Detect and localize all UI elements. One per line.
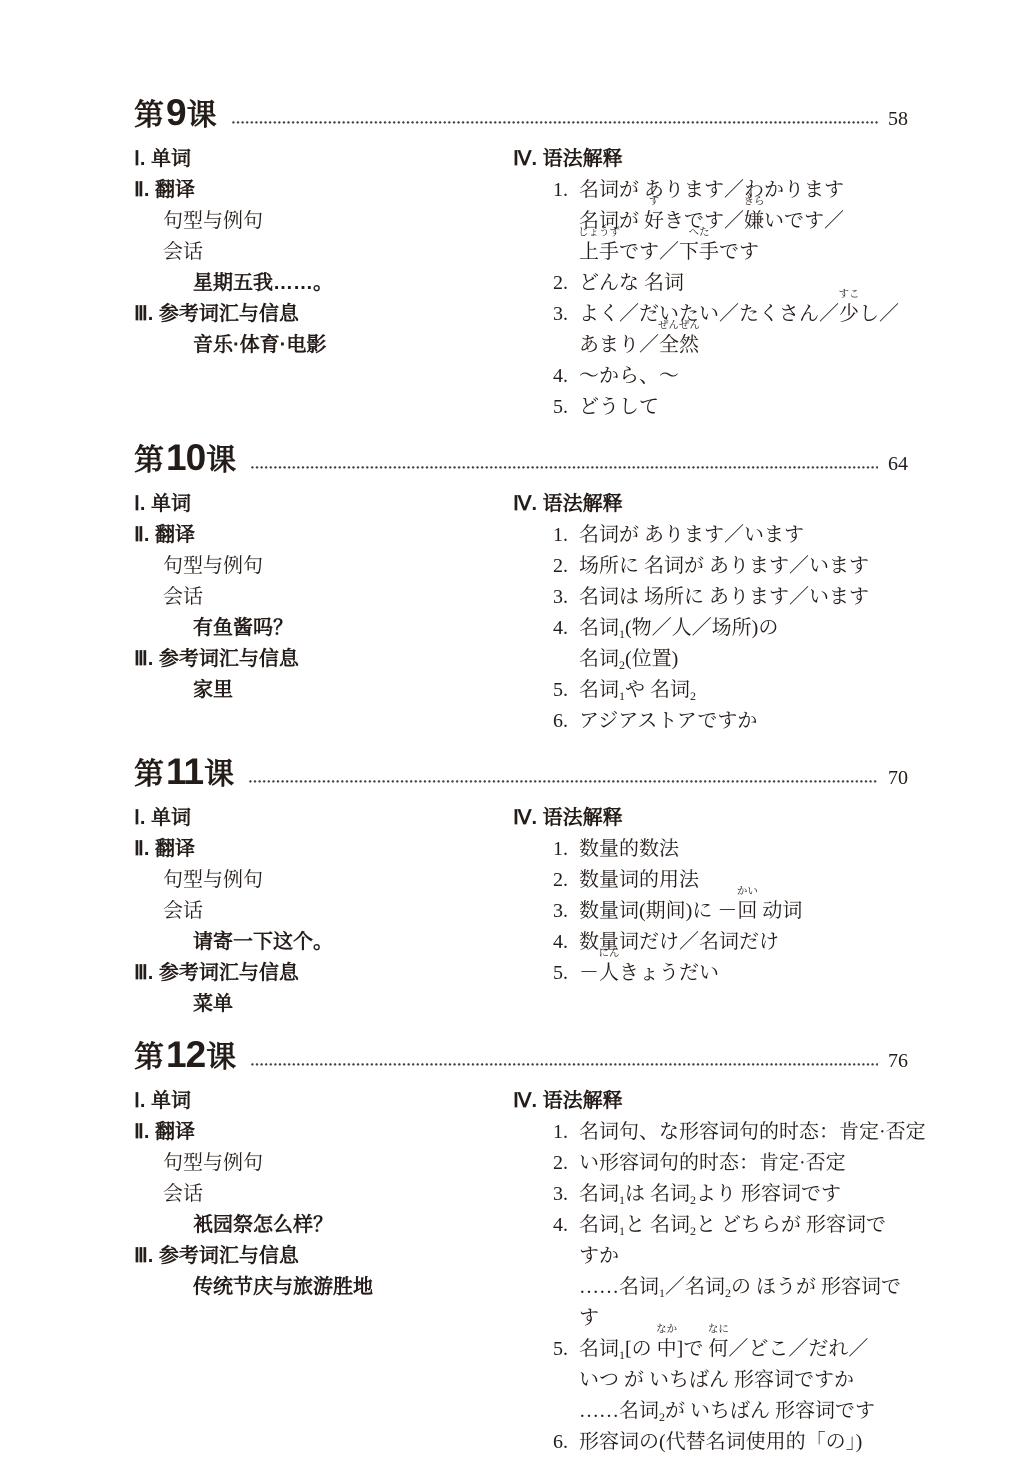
grammar-line: 名词1と 名词2と どちらが 形容词で	[579, 1210, 901, 1241]
lesson-header: 第11课 70	[134, 755, 908, 792]
ruby-base: 回かい	[737, 896, 757, 927]
grammar-column: Ⅳ. 语法解释 1.名词句、な形容词句的时态：肯定·否定2.い形容词句的时态：肯…	[513, 1086, 908, 1457]
outline-item: Ⅰ. 单词	[134, 1086, 513, 1117]
grammar-line: 名词2(位置)	[579, 644, 778, 675]
grammar-item-number: 3.	[553, 582, 579, 613]
lesson-title-suffix: 课	[204, 758, 235, 791]
grammar-line: －人にんきょうだい	[579, 958, 719, 989]
dotted-leader	[232, 121, 878, 124]
outline-item: 星期五我……。	[134, 268, 513, 299]
grammar-item-text: 名词1は 名词2より 形容词です	[579, 1179, 841, 1210]
grammar-item-text: どんな 名词	[579, 268, 684, 299]
outline-item: Ⅱ. 翻译	[134, 834, 513, 865]
grammar-items: 1.名词句、な形容词句的时态：肯定·否定2.い形容词句的时态：肯定·否定3.名词…	[513, 1117, 908, 1457]
grammar-item-text: アジアストアですか	[579, 706, 757, 737]
grammar-item-text: ～から、～	[579, 361, 679, 392]
grammar-line: ……名词1／名词2の ほうが 形容词で	[579, 1272, 901, 1303]
grammar-item-number: 4.	[553, 927, 579, 958]
lesson-section: 第12课 76 Ⅰ. 单词Ⅱ. 翻译句型与例句会话衹园祭怎么样？Ⅲ. 参考词汇与…	[134, 1038, 908, 1457]
grammar-item-text: 名词1と 名词2と どちらが 形容词ですか……名词1／名词2の ほうが 形容词で…	[579, 1210, 901, 1334]
dotted-leader	[249, 780, 878, 783]
furigana: なに	[708, 1325, 729, 1335]
grammar-item: 4.名词1と 名词2と どちらが 形容词ですか……名词1／名词2の ほうが 形容…	[513, 1210, 908, 1334]
grammar-item-text: 名词が あります／わかります名词が 好すきです／嫌きらいです／上手じょうずです／…	[579, 175, 844, 268]
grammar-item-number: 1.	[553, 175, 579, 206]
lesson-title-suffix: 课	[206, 444, 237, 477]
grammar-items: 1.名词が あります／います2.场所に 名词が あります／います3.名词は 场所…	[513, 520, 908, 737]
furigana: かい	[737, 887, 758, 897]
grammar-item: 6.アジアストアですか	[513, 706, 908, 737]
grammar-item-number: 3.	[553, 299, 579, 330]
grammar-line: す	[579, 1303, 901, 1334]
grammar-items: 1.名词が あります／わかります名词が 好すきです／嫌きらいです／上手じょうずで…	[513, 175, 908, 423]
grammar-line: ……名词2が いちばん 形容词です	[579, 1396, 875, 1427]
grammar-line: 名词が あります／います	[579, 520, 804, 551]
grammar-item: 4.～から、～	[513, 361, 908, 392]
grammar-item-number: 1.	[553, 520, 579, 551]
grammar-item-number: 4.	[553, 361, 579, 392]
lesson-page-number: 76	[888, 1049, 908, 1073]
grammar-item-number: 2.	[553, 1148, 579, 1179]
subscript: 2	[619, 658, 625, 672]
grammar-item-text: 名词は 场所に あります／います	[579, 582, 869, 613]
outline-item: 有鱼酱吗？	[134, 613, 513, 644]
outline-item: Ⅰ. 单词	[134, 803, 513, 834]
subscript: 2	[690, 689, 696, 703]
subscript: 2	[725, 1286, 731, 1300]
outline-item: 菜单	[134, 989, 513, 1020]
lesson-page-number: 58	[888, 107, 908, 131]
subscript: 1	[619, 1224, 625, 1238]
lesson-body: Ⅰ. 单词Ⅱ. 翻译句型与例句会话星期五我……。Ⅲ. 参考词汇与信息音乐·体育·…	[134, 144, 908, 423]
dotted-leader	[251, 466, 878, 469]
grammar-item-number: 5.	[553, 958, 579, 989]
lesson-title: 第9课	[134, 96, 218, 133]
grammar-item: 3.名词1は 名词2より 形容词です	[513, 1179, 908, 1210]
lesson-number: 12	[165, 1034, 206, 1075]
subscript: 2	[690, 1224, 696, 1238]
grammar-line: 上手じょうずです／下手へたです	[579, 237, 844, 268]
grammar-line: 场所に 名词が あります／います	[579, 551, 869, 582]
outline-item: Ⅰ. 单词	[134, 489, 513, 520]
furigana: ぜんぜん	[658, 321, 700, 331]
grammar-line: 名词が あります／わかります	[579, 175, 844, 206]
grammar-item-number: 2.	[553, 268, 579, 299]
lesson-title-prefix: 第	[134, 758, 165, 791]
ruby-base: 何なに	[708, 1334, 728, 1365]
grammar-line: よく／だいたい／たくさん／少すこし／	[579, 299, 899, 330]
grammar-item-number: 6.	[553, 1427, 579, 1457]
grammar-line: アジアストアですか	[579, 706, 757, 737]
subscript: 1	[619, 689, 625, 703]
grammar-item-text: －人にんきょうだい	[579, 958, 719, 989]
grammar-item-text: 名词1[の 中なか]で 何なに／どこ／だれ／いつ が いちばん 形容词ですか………	[579, 1334, 875, 1427]
outline-item: 请寄一下这个。	[134, 927, 513, 958]
grammar-item: 3.名词は 场所に あります／います	[513, 582, 908, 613]
grammar-line: 形容词の(代替名词使用的「の」)	[579, 1427, 862, 1457]
grammar-item: 5.名词1[の 中なか]で 何なに／どこ／だれ／いつ が いちばん 形容词ですか…	[513, 1334, 908, 1427]
ruby-base: 少すこ	[839, 299, 859, 330]
furigana: すこ	[839, 290, 860, 300]
grammar-heading: Ⅳ. 语法解释	[513, 1086, 908, 1117]
outline-column: Ⅰ. 单词Ⅱ. 翻译句型与例句会话星期五我……。Ⅲ. 参考词汇与信息音乐·体育·…	[134, 144, 513, 423]
lesson-number: 10	[165, 437, 206, 478]
lesson-title-suffix: 课	[187, 99, 218, 132]
outline-item: 句型与例句	[134, 551, 513, 582]
grammar-line: 名词1や 名词2	[579, 675, 696, 706]
ruby-base: 嫌きら	[744, 206, 764, 237]
grammar-item-text: 名词1や 名词2	[579, 675, 696, 706]
grammar-item-text: 数量的数法	[579, 834, 679, 865]
outline-column: Ⅰ. 单词Ⅱ. 翻译句型与例句会话衹园祭怎么样？Ⅲ. 参考词汇与信息传统节庆与旅…	[134, 1086, 513, 1457]
ruby-base: 全然ぜんぜん	[659, 330, 699, 361]
grammar-line: すか	[579, 1241, 901, 1272]
lesson-title: 第11课	[134, 755, 235, 792]
outline-item: 句型与例句	[134, 865, 513, 896]
lesson-header: 第9课 58	[134, 96, 908, 133]
lesson-number: 11	[165, 751, 204, 792]
grammar-item-text: 名词が あります／います	[579, 520, 804, 551]
furigana: じょうず	[578, 228, 620, 238]
grammar-heading: Ⅳ. 语法解释	[513, 803, 908, 834]
furigana: にん	[599, 949, 620, 959]
subscript: 2	[690, 1193, 696, 1207]
outline-item: Ⅱ. 翻译	[134, 520, 513, 551]
ruby-base: 好す	[644, 206, 664, 237]
grammar-item: 1.数量的数法	[513, 834, 908, 865]
grammar-item: 2.数量词的用法	[513, 865, 908, 896]
lesson-header: 第12课 76	[134, 1038, 908, 1075]
grammar-item-text: い形容词句的时态：肯定·否定	[579, 1148, 846, 1179]
grammar-line: 名词は 场所に あります／います	[579, 582, 869, 613]
outline-column: Ⅰ. 单词Ⅱ. 翻译句型与例句会话请寄一下这个。Ⅲ. 参考词汇与信息菜单	[134, 803, 513, 1020]
grammar-line: 名词1(物／人／场所)の	[579, 613, 778, 644]
grammar-line: ～から、～	[579, 361, 679, 392]
lesson-body: Ⅰ. 单词Ⅱ. 翻译句型与例句会话有鱼酱吗？Ⅲ. 参考词汇与信息家里 Ⅳ. 语法…	[134, 489, 908, 737]
furigana: なか	[656, 1325, 677, 1335]
lesson-title-prefix: 第	[134, 444, 165, 477]
grammar-heading: Ⅳ. 语法解释	[513, 144, 908, 175]
dotted-leader	[251, 1063, 878, 1066]
lesson-body: Ⅰ. 单词Ⅱ. 翻译句型与例句会话请寄一下这个。Ⅲ. 参考词汇与信息菜单 Ⅳ. …	[134, 803, 908, 1020]
grammar-item: 1.名词が あります／わかります名词が 好すきです／嫌きらいです／上手じょうずで…	[513, 175, 908, 268]
lesson-title-prefix: 第	[134, 99, 165, 132]
lesson-title: 第10课	[134, 441, 237, 478]
grammar-line: いつ が いちばん 形容词ですか	[579, 1365, 875, 1396]
grammar-item: 4.数量词だけ／名词だけ	[513, 927, 908, 958]
outline-item: 家里	[134, 675, 513, 706]
subscript: 1	[619, 627, 625, 641]
grammar-item: 6.形容词の(代替名词使用的「の」)	[513, 1427, 908, 1457]
grammar-line: 数量词(期间)に －回かい 动词	[579, 896, 802, 927]
lesson-header: 第10课 64	[134, 441, 908, 478]
grammar-item: 5.どうして	[513, 392, 908, 423]
lesson-title-prefix: 第	[134, 1041, 165, 1074]
grammar-item: 1.名词が あります／います	[513, 520, 908, 551]
toc-page: 第9课 58 Ⅰ. 单词Ⅱ. 翻译句型与例句会话星期五我……。Ⅲ. 参考词汇与信…	[0, 0, 1032, 1457]
lesson-number: 9	[165, 92, 187, 133]
outline-item: 会话	[134, 582, 513, 613]
ruby-base: 人にん	[599, 958, 619, 989]
grammar-line: あまり／全然ぜんぜん	[579, 330, 899, 361]
furigana: へた	[689, 228, 710, 238]
grammar-item-number: 4.	[553, 1210, 579, 1241]
grammar-item-text: 场所に 名词が あります／います	[579, 551, 869, 582]
subscript: 1	[619, 1193, 625, 1207]
grammar-item-number: 3.	[553, 1179, 579, 1210]
lesson-section: 第11课 70 Ⅰ. 单词Ⅱ. 翻译句型与例句会话请寄一下这个。Ⅲ. 参考词汇与…	[134, 755, 908, 1020]
lesson-body: Ⅰ. 单词Ⅱ. 翻译句型与例句会话衹园祭怎么样？Ⅲ. 参考词汇与信息传统节庆与旅…	[134, 1086, 908, 1457]
grammar-line: どうして	[579, 392, 659, 423]
outline-item: 衹园祭怎么样？	[134, 1210, 513, 1241]
grammar-item-text: よく／だいたい／たくさん／少すこし／あまり／全然ぜんぜん	[579, 299, 899, 361]
grammar-line: どんな 名词	[579, 268, 684, 299]
grammar-item-number: 2.	[553, 551, 579, 582]
grammar-item-number: 3.	[553, 896, 579, 927]
furigana: きら	[744, 197, 765, 207]
ruby-base: 上手じょうず	[579, 237, 619, 268]
grammar-item-text: 名词1(物／人／场所)の名词2(位置)	[579, 613, 778, 675]
grammar-line: い形容词句的时态：肯定·否定	[579, 1148, 846, 1179]
ruby-base: 下手へた	[679, 237, 719, 268]
subscript: 1	[619, 1348, 625, 1362]
grammar-item: 5.－人にんきょうだい	[513, 958, 908, 989]
grammar-item-number: 2.	[553, 865, 579, 896]
grammar-column: Ⅳ. 语法解释 1.名词が あります／います2.场所に 名词が あります／います…	[513, 489, 908, 737]
grammar-item: 4.名词1(物／人／场所)の名词2(位置)	[513, 613, 908, 675]
grammar-item-text: どうして	[579, 392, 659, 423]
grammar-item-text: 名词句、な形容词句的时态：肯定·否定	[579, 1117, 908, 1148]
subscript: 1	[659, 1286, 665, 1300]
outline-item: 会话	[134, 896, 513, 927]
grammar-line: 名词1[の 中なか]で 何なに／どこ／だれ／	[579, 1334, 875, 1365]
lesson-page-number: 70	[888, 766, 908, 790]
grammar-heading: Ⅳ. 语法解释	[513, 489, 908, 520]
grammar-column: Ⅳ. 语法解释 1.名词が あります／わかります名词が 好すきです／嫌きらいです…	[513, 144, 908, 423]
outline-item: Ⅲ. 参考词汇与信息	[134, 1241, 513, 1272]
lesson-title-suffix: 课	[206, 1041, 237, 1074]
grammar-column: Ⅳ. 语法解释 1.数量的数法2.数量词的用法3.数量词(期间)に －回かい 动…	[513, 803, 908, 1020]
grammar-line: 名词句、な形容词句的时态：肯定·否定	[579, 1117, 908, 1148]
grammar-item-number: 1.	[553, 1117, 579, 1148]
subscript: 2	[659, 1410, 665, 1424]
lesson-title: 第12课	[134, 1038, 237, 1075]
outline-item: Ⅲ. 参考词汇与信息	[134, 644, 513, 675]
lesson-list: 第9课 58 Ⅰ. 单词Ⅱ. 翻译句型与例句会话星期五我……。Ⅲ. 参考词汇与信…	[134, 96, 908, 1457]
outline-item: Ⅱ. 翻译	[134, 1117, 513, 1148]
outline-item: 传统节庆与旅游胜地	[134, 1272, 513, 1303]
grammar-item-number: 5.	[553, 392, 579, 423]
grammar-item-text: 形容词の(代替名词使用的「の」)	[579, 1427, 862, 1457]
outline-item: 句型与例句	[134, 206, 513, 237]
ruby-base: 中なか	[657, 1334, 677, 1365]
grammar-item-number: 5.	[553, 675, 579, 706]
grammar-item-text: 数量词(期间)に －回かい 动词	[579, 896, 802, 927]
lesson-section: 第10课 64 Ⅰ. 单词Ⅱ. 翻译句型与例句会话有鱼酱吗？Ⅲ. 参考词汇与信息…	[134, 441, 908, 737]
grammar-item: 1.名词句、な形容词句的时态：肯定·否定	[513, 1117, 908, 1148]
grammar-item-number: 6.	[553, 706, 579, 737]
outline-item: Ⅰ. 单词	[134, 144, 513, 175]
grammar-item-number: 1.	[553, 834, 579, 865]
grammar-line: 名词1は 名词2より 形容词です	[579, 1179, 841, 1210]
grammar-item: 5.名词1や 名词2	[513, 675, 908, 706]
grammar-line: 数量的数法	[579, 834, 679, 865]
outline-item: Ⅲ. 参考词汇与信息	[134, 299, 513, 330]
outline-column: Ⅰ. 单词Ⅱ. 翻译句型与例句会话有鱼酱吗？Ⅲ. 参考词汇与信息家里	[134, 489, 513, 737]
outline-item: 会话	[134, 1179, 513, 1210]
grammar-line: 数量词的用法	[579, 865, 699, 896]
lesson-page-number: 64	[888, 452, 908, 476]
grammar-item: 2.い形容词句的时态：肯定·否定	[513, 1148, 908, 1179]
grammar-item-number: 5.	[553, 1334, 579, 1365]
outline-item: Ⅱ. 翻译	[134, 175, 513, 206]
grammar-item: 2.场所に 名词が あります／います	[513, 551, 908, 582]
grammar-items: 1.数量的数法2.数量词的用法3.数量词(期间)に －回かい 动词4.数量词だけ…	[513, 834, 908, 989]
grammar-item: 3.よく／だいたい／たくさん／少すこし／あまり／全然ぜんぜん	[513, 299, 908, 361]
grammar-item: 3.数量词(期间)に －回かい 动词	[513, 896, 908, 927]
outline-item: 会话	[134, 237, 513, 268]
outline-item: 音乐·体育·电影	[134, 330, 513, 361]
furigana: す	[649, 197, 660, 207]
outline-item: 句型与例句	[134, 1148, 513, 1179]
lesson-section: 第9课 58 Ⅰ. 单词Ⅱ. 翻译句型与例句会话星期五我……。Ⅲ. 参考词汇与信…	[134, 96, 908, 423]
outline-item: Ⅲ. 参考词汇与信息	[134, 958, 513, 989]
grammar-item-text: 数量词的用法	[579, 865, 699, 896]
grammar-item-number: 4.	[553, 613, 579, 644]
